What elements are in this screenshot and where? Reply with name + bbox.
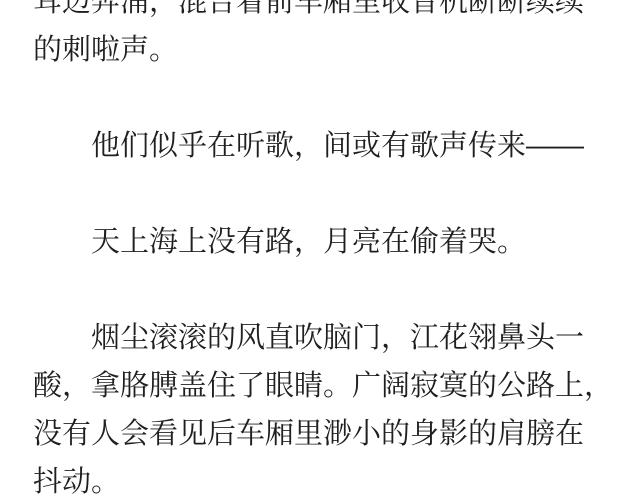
text-line: 没有人会看见后车厢里渺小的身影的肩膀在 xyxy=(33,410,607,458)
text-line: 耳边奔涌，混合着前车厢里收音机断断续续 xyxy=(33,0,607,26)
text-line: 抖动。 xyxy=(33,458,607,500)
paragraph: 耳边奔涌，混合着前车厢里收音机断断续续的刺啦声。 xyxy=(33,0,607,74)
text-block: 耳边奔涌，混合着前车厢里收音机断断续续的刺啦声。他们似乎在听歌，间或有歌声传来—… xyxy=(33,0,607,500)
text-line: 的刺啦声。 xyxy=(33,26,607,74)
text-line: 烟尘滚滚的风直吹脑门，江花翎鼻头一 xyxy=(33,314,607,362)
text-line: 酸，拿胳膊盖住了眼睛。广阔寂寞的公路上， xyxy=(33,362,607,410)
text-line: 他们似乎在听歌，间或有歌声传来—— xyxy=(33,122,607,170)
paragraph: 烟尘滚滚的风直吹脑门，江花翎鼻头一酸，拿胳膊盖住了眼睛。广阔寂寞的公路上，没有人… xyxy=(33,314,607,500)
text-line: 天上海上没有路，月亮在偷着哭。 xyxy=(33,218,607,266)
reader-page: 耳边奔涌，混合着前车厢里收音机断断续续的刺啦声。他们似乎在听歌，间或有歌声传来—… xyxy=(0,0,640,500)
paragraph: 他们似乎在听歌，间或有歌声传来—— xyxy=(33,122,607,170)
paragraph: 天上海上没有路，月亮在偷着哭。 xyxy=(33,218,607,266)
